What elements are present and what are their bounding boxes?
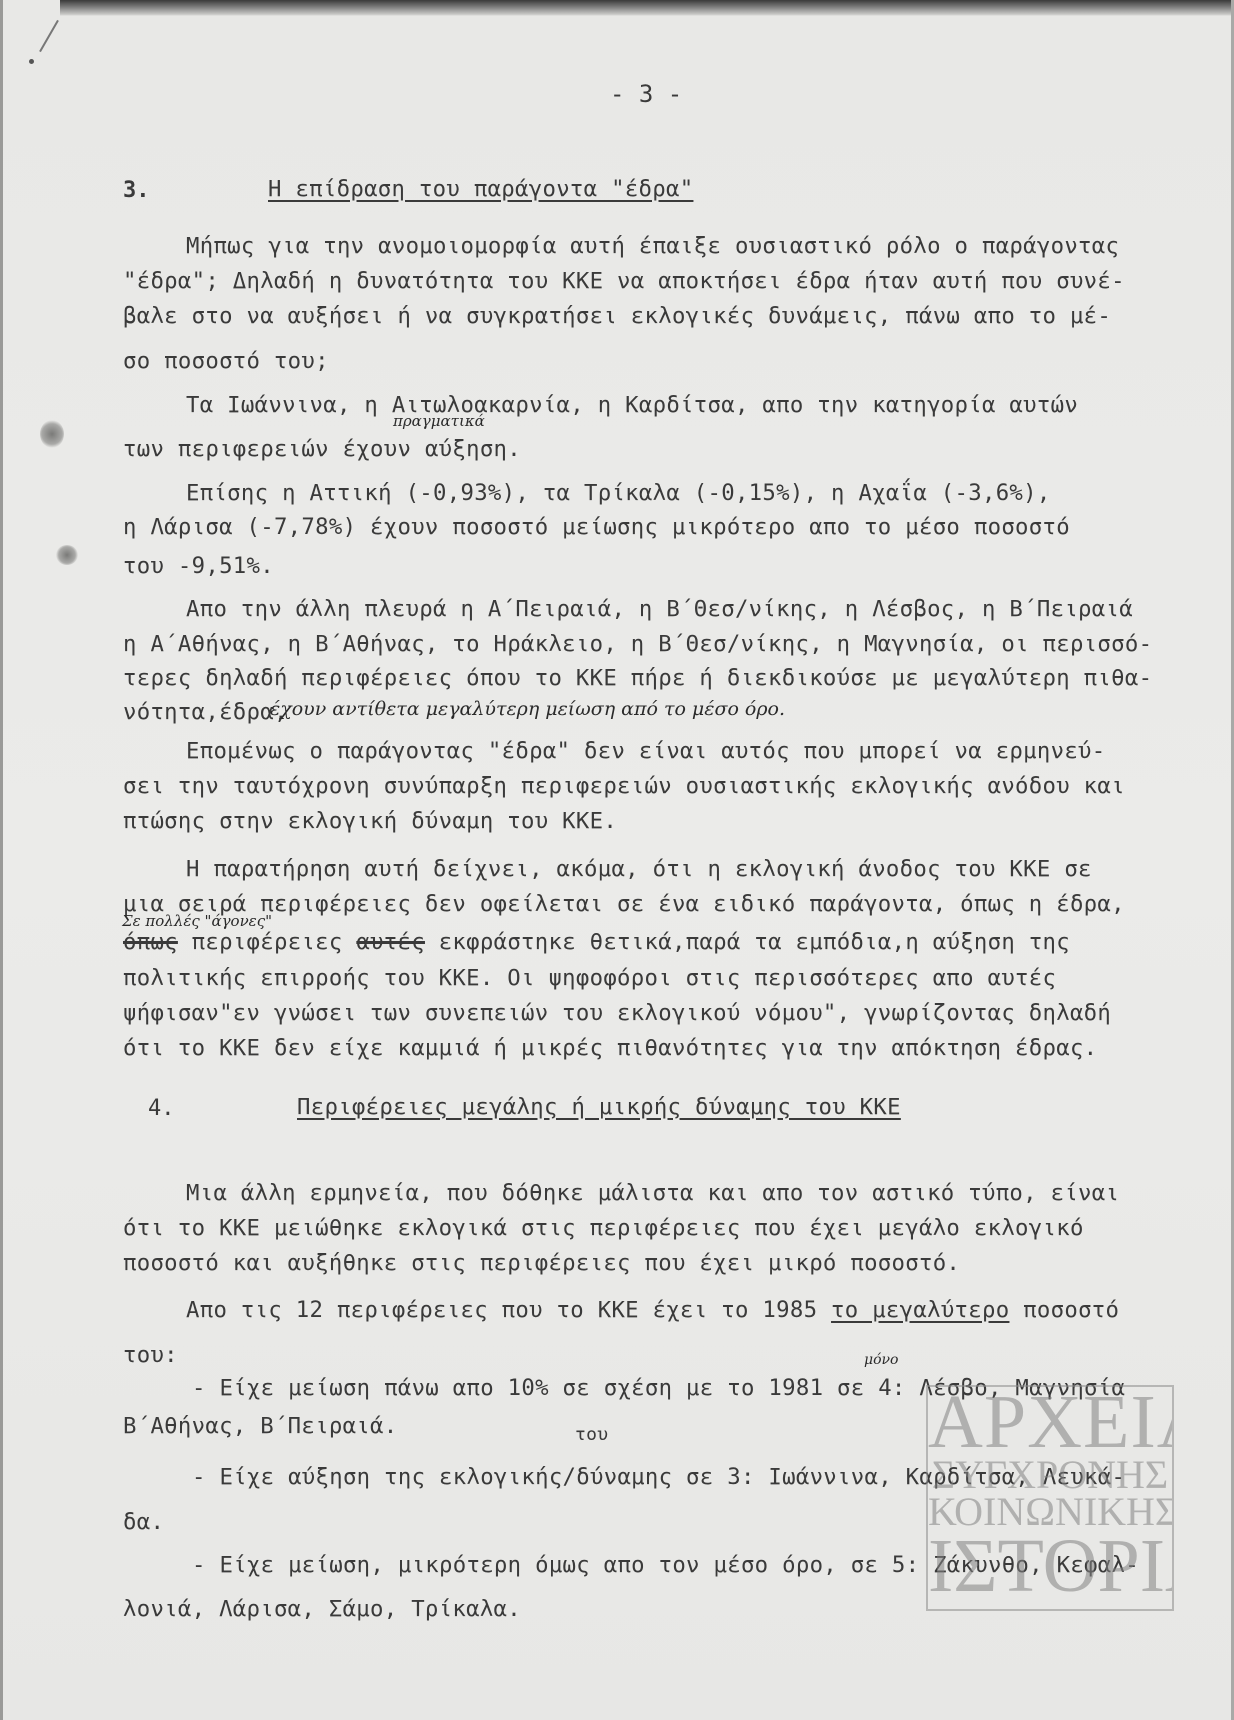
scan-left-edge [0, 0, 3, 1720]
text: περιφέρειες [192, 929, 343, 955]
paragraph-line: πολιτικής επιρροής του ΚΚΕ. Οι ψηφοφόροι… [123, 965, 1056, 991]
inserted-word: του [575, 1422, 608, 1448]
paragraph-line: Επομένως ο παράγοντας "έδρα" δεν είναι α… [186, 738, 1106, 764]
speck [29, 59, 34, 64]
bullet-line: λονιά, Λάρισα, Σάμο, Τρίκαλα. [123, 1596, 521, 1622]
handwritten-annotation: πραγματικά [393, 412, 485, 430]
stamp-line: ΑΡΧΕΙΑ [928, 1387, 1172, 1457]
punch-hole-mark [40, 420, 64, 448]
struck-text: όπως [123, 929, 178, 955]
struck-text: αυτές [356, 929, 425, 955]
text: εκφράστηκε θετικά,παρά τα εμπόδια,η αύξη… [439, 929, 1070, 955]
text: αύξηση. [425, 436, 521, 462]
section-title: Η επίδραση του παράγοντα "έδρα" [268, 176, 693, 202]
paragraph-line: Επίσης η Αττική (-0,93%), τα Τρίκαλα (-0… [186, 480, 1051, 506]
punch-hole-mark [56, 545, 78, 565]
paragraph-line: βαλε στο να αυξήσει ή να συγκρατήσει εκλ… [123, 303, 1111, 329]
handwritten-annotation: Σε πολλές "άγονες" [122, 912, 272, 930]
handwritten-annotation: έχουν αντίθετα μεγαλύτερη μείωση από το … [270, 698, 785, 720]
paragraph-line: ψήφισαν"εν γνώσει των συνεπειών του εκλο… [123, 1000, 1111, 1026]
scan-top-edge [60, 0, 1234, 16]
paragraph-line: μια σειρά περιφέρειες δεν οφείλεται σε έ… [123, 891, 1125, 917]
paragraph-line: Τα Ιωάννινα, η Αιτωλοακαρνία, η Καρδίτσα… [186, 392, 1078, 418]
paragraph-line: Απο τις 12 περιφέρειες που το ΚΚΕ έχει τ… [186, 1297, 1119, 1323]
document-page: - 3 - 3. Η επίδραση του παράγοντα "έδρα"… [0, 0, 1234, 1720]
page-number: - 3 - [610, 80, 682, 108]
text: των περιφερειών έχουν [123, 436, 425, 462]
paragraph-line: Μια άλλη ερμηνεία, που δόθηκε μάλιστα κα… [186, 1180, 1119, 1206]
paragraph-line: του -9,51%. [123, 553, 274, 579]
stamp-line: ΙΣΤΟΡΙΑΣ [928, 1531, 1172, 1601]
underlined-text: το μεγαλύτερο [831, 1297, 1009, 1323]
paragraph-line: η Λάρισα (-7,78%) έχουν ποσοστό μείωσης … [123, 514, 1070, 540]
handwritten-annotation: μόνο [864, 1352, 898, 1368]
paragraph-line: Μήπως για την ανομοιομορφία αυτή έπαιξε … [186, 233, 1119, 259]
section-title: Περιφέρειες μεγάλης ή μικρής δύναμης του… [297, 1094, 901, 1120]
paragraph-line: ότι το ΚΚΕ μειώθηκε εκλογικά στις περιφέ… [123, 1215, 1084, 1241]
paragraph-line: όπως περιφέρειες αυτές εκφράστηκε θετικά… [123, 929, 1070, 955]
text: Απο τις 12 περιφέρειες που το ΚΚΕ έχει τ… [186, 1297, 831, 1323]
archive-stamp: ΑΡΧΕΙΑ ΣΥΓΧΡΟΝΗΣ ΚΟΙΝΩΝΙΚΗΣ ΙΣΤΟΡΙΑΣ [926, 1385, 1174, 1611]
paragraph-line: "έδρα"; Δηλαδή η δυνατότητα του ΚΚΕ να α… [123, 268, 1125, 294]
text: ποσοστό [1009, 1297, 1119, 1323]
bullet-line: δα. [123, 1509, 164, 1535]
paragraph-line: των περιφερειών έχουν αύξηση. [123, 436, 521, 462]
paragraph-line: σο ποσοστό του; [123, 348, 329, 374]
paragraph-line: πτώσης στην εκλογική δύναμη του ΚΚΕ. [123, 808, 617, 834]
paragraph-line: Απο την άλλη πλευρά η Α΄Πειραιά, η Β΄Θεσ… [186, 596, 1133, 622]
paragraph-line: σει την ταυτόχρονη συνύπαρξη περιφερειών… [123, 773, 1125, 799]
section-number: 4. [148, 1096, 175, 1121]
corner-fold [39, 20, 59, 52]
paragraph-line: η Α΄Αθήνας, η Β΄Αθήνας, το Ηράκλειο, η Β… [123, 631, 1152, 657]
paragraph-line: Η παρατήρηση αυτή δείχνει, ακόμα, ότι η … [186, 856, 1092, 882]
paragraph-line: τερες δηλαδή περιφέρειες όπου το ΚΚΕ πήρ… [123, 665, 1152, 691]
stamp-line: ΣΥΓΧΡΟΝΗΣ [928, 1457, 1172, 1493]
paragraph-line: ποσοστό και αυξήθηκε στις περιφέρειες πο… [123, 1250, 960, 1276]
section-number: 3. [123, 178, 150, 203]
paragraph-line: του: [123, 1342, 178, 1368]
paragraph-line: ότι το ΚΚΕ δεν είχε καμμιά ή μικρές πιθα… [123, 1035, 1097, 1061]
bullet-line: Β΄Αθήνας, Β΄Πειραιά. [123, 1413, 397, 1439]
paragraph-line: νότητα,έδρα, [123, 699, 288, 725]
